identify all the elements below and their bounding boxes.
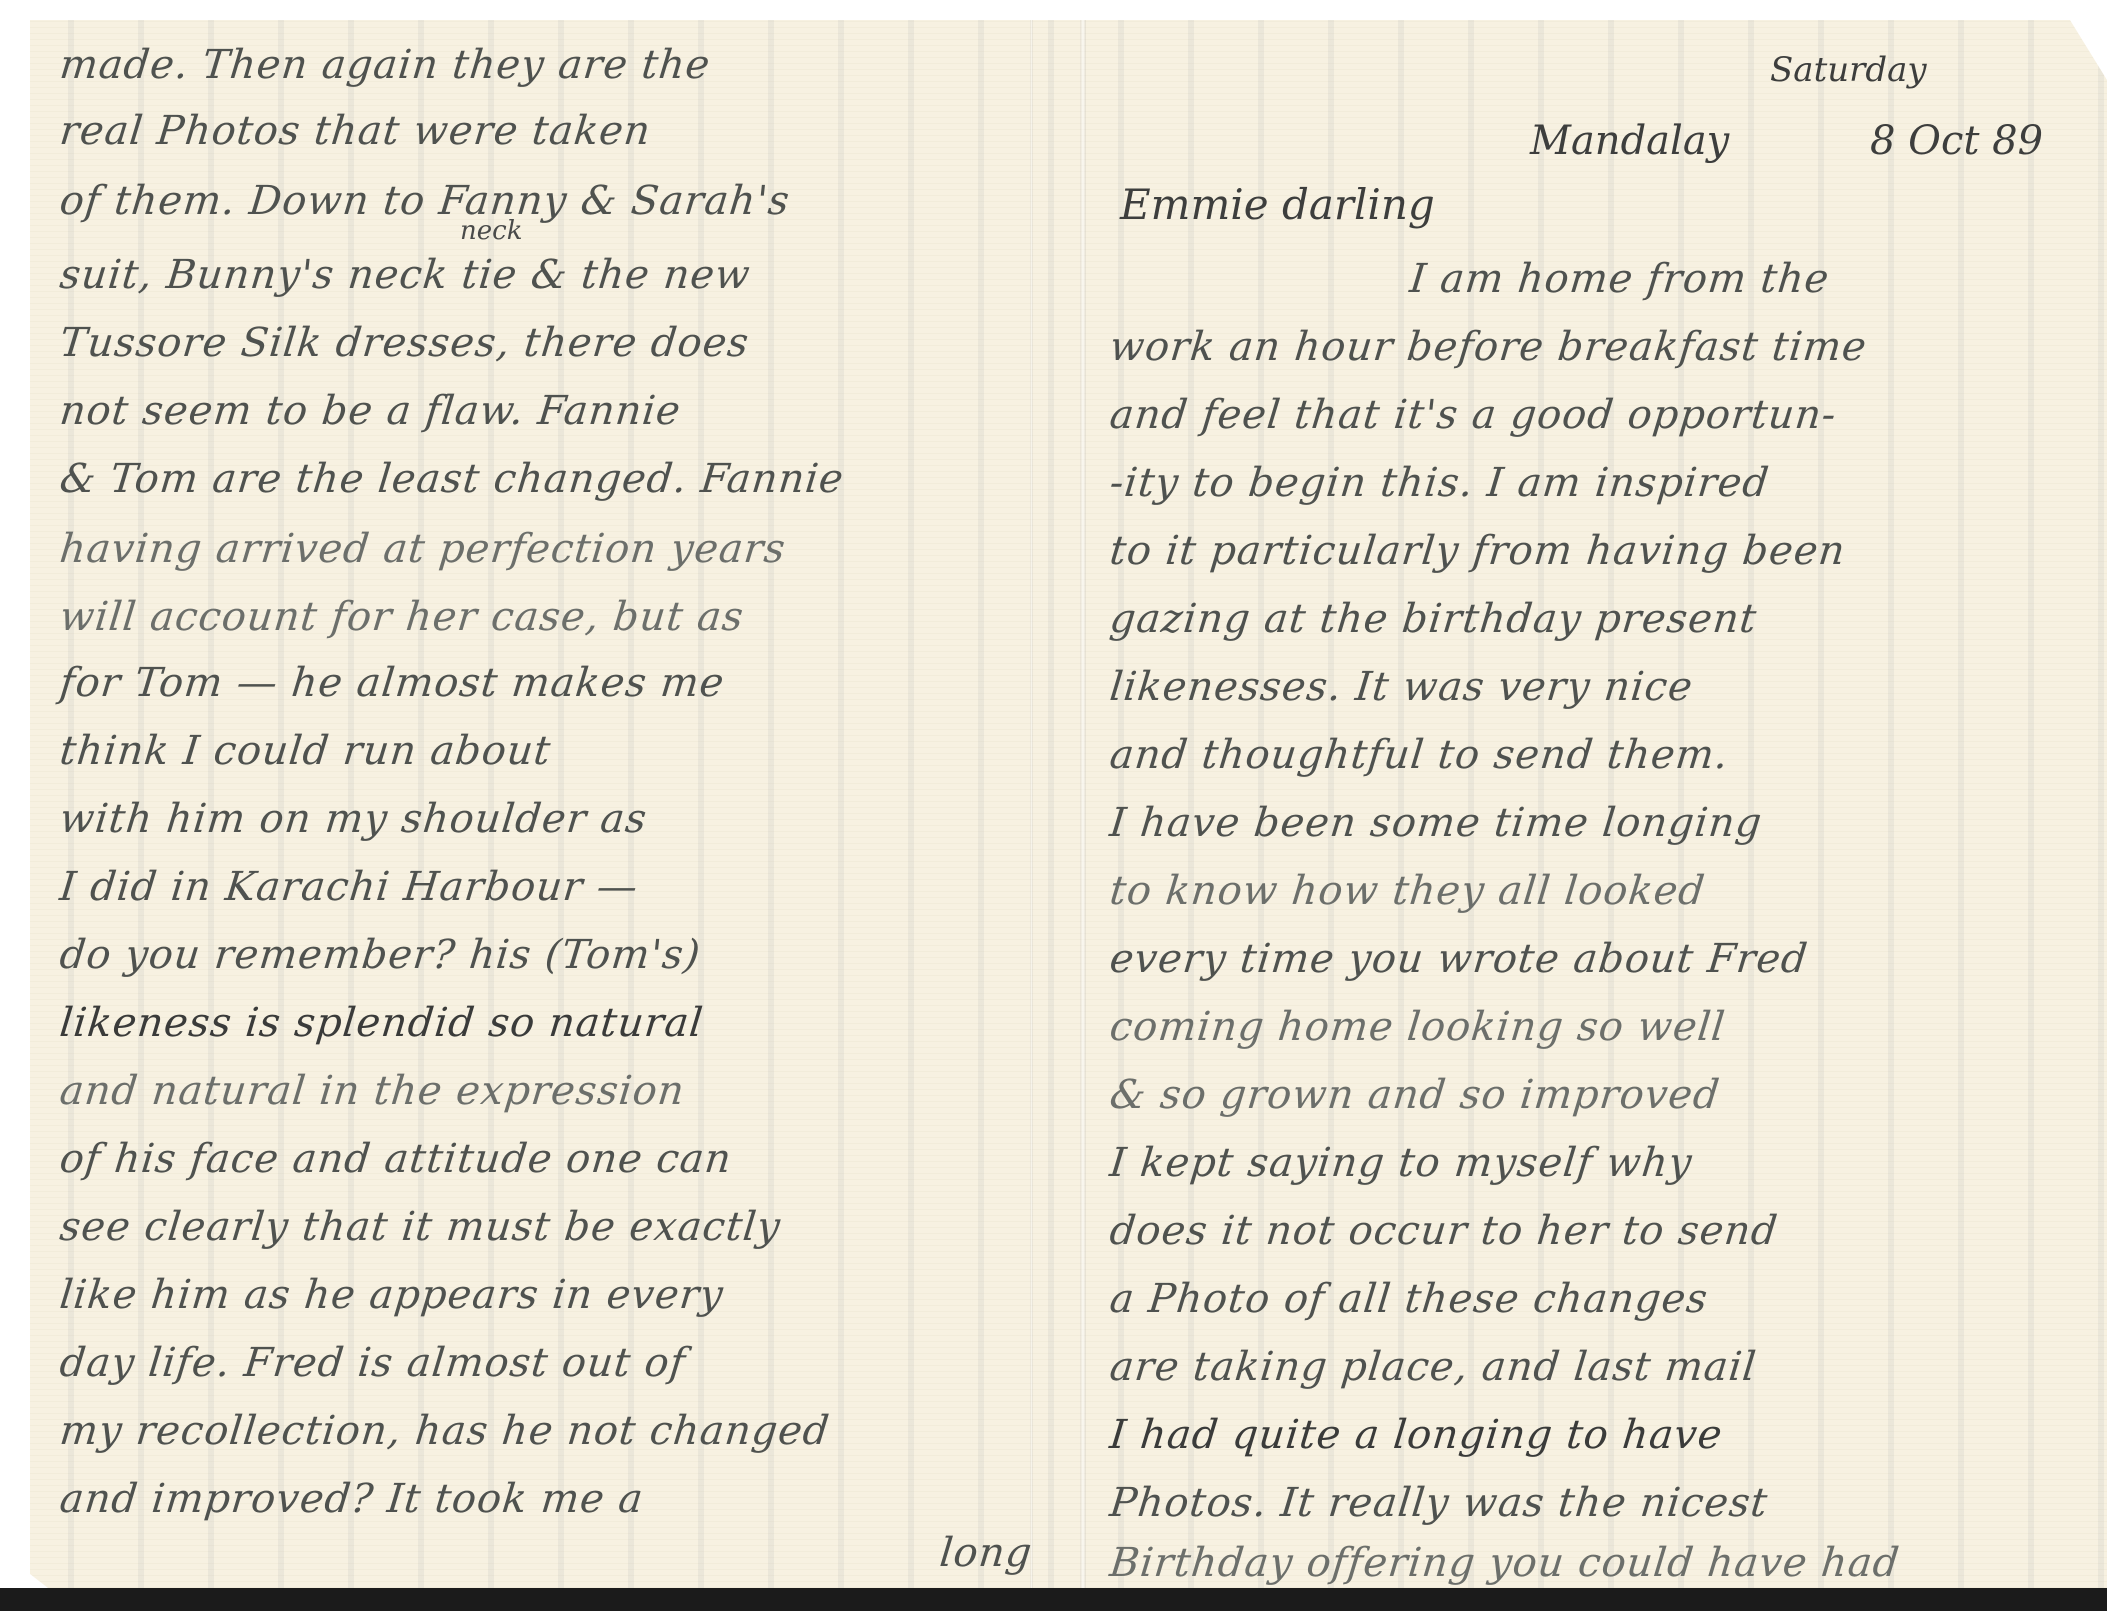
right-line-6: gazing at the birthday present	[1108, 596, 1760, 642]
left-line-15: likeness is splendid so natural	[58, 1000, 706, 1046]
right-line-19: Photos. It really was the nicest	[1108, 1480, 1771, 1526]
right-line-10: to know how they all looked	[1108, 868, 1708, 914]
right-line-15: does it not occur to her to send	[1108, 1208, 1781, 1254]
header-day-struck: Saturday	[1770, 50, 1927, 90]
left-line-16: and natural in the expression	[58, 1068, 688, 1114]
left-line-18: see clearly that it must be exactly	[58, 1204, 783, 1250]
scanner-bottom-edge	[0, 1588, 2107, 1611]
right-line-9: I have been some time longing	[1108, 800, 1765, 846]
header-place: Mandalay	[1530, 118, 1729, 164]
right-line-5: to it particularly from having been	[1108, 528, 1848, 574]
right-line-11: every time you wrote about Fred	[1108, 936, 1811, 982]
header-date: 8 Oct 89	[1870, 118, 2043, 164]
left-line-19: like him as he appears in every	[58, 1272, 726, 1318]
salutation: Emmie darling	[1120, 180, 1435, 229]
left-line-9: will account for her case, but as	[58, 594, 747, 640]
right-line-16: a Photo of all these changes	[1108, 1276, 1711, 1322]
left-page: made. Then again they are the real Photo…	[60, 20, 1100, 1588]
right-line-18: I had quite a longing to have	[1108, 1412, 1725, 1458]
right-line-12: coming home looking so well	[1108, 1004, 1728, 1050]
left-line-1: made. Then again they are the	[58, 42, 713, 88]
left-line-2: real Photos that were taken	[58, 108, 654, 154]
left-line-4: suit, Bunny's neck tie & the new	[58, 252, 753, 298]
left-line-12: with him on my shoulder as	[58, 796, 650, 842]
right-line-17: are taking place, and last mail	[1108, 1344, 1759, 1390]
right-line-2: work an hour before breakfast time	[1108, 324, 1870, 370]
left-line-14: do you remember? his (Tom's)	[58, 932, 703, 978]
left-line-6: not seem to be a flaw. Fannie	[58, 388, 684, 434]
left-insertion-neck: neck	[460, 216, 522, 246]
left-line-8: having arrived at perfection years	[58, 526, 789, 572]
left-line-23-catchword: long	[938, 1530, 1035, 1576]
left-line-7: & Tom are the least changed. Fannie	[58, 456, 847, 502]
left-line-22: and improved? It took me a	[58, 1476, 646, 1522]
left-line-11: think I could run about	[58, 728, 554, 774]
right-page: Saturday Mandalay 8 Oct 89 Emmie darling…	[1110, 20, 2100, 1588]
right-line-8: and thoughtful to send them.	[1108, 732, 1731, 778]
left-line-3: of them. Down to Fanny & Sarah's	[58, 178, 793, 224]
left-line-21: my recollection, has he not changed	[58, 1408, 832, 1454]
right-line-20: Birthday offering you could have had	[1108, 1540, 1902, 1586]
left-line-5: Tussore Silk dresses, there does	[58, 320, 752, 366]
right-line-7: likenesses. It was very nice	[1108, 664, 1696, 710]
right-line-3: and feel that it's a good opportun-	[1108, 392, 1839, 438]
right-line-1: I am home from the	[1408, 256, 1832, 302]
right-line-4: -ity to begin this. I am inspired	[1108, 460, 1772, 506]
right-line-14: I kept saying to myself why	[1108, 1140, 1695, 1186]
letter-sheet: made. Then again they are the real Photo…	[30, 20, 2107, 1588]
left-line-20: day life. Fred is almost out of	[58, 1340, 688, 1386]
left-line-17: of his face and attitude one can	[58, 1136, 734, 1182]
left-line-10: for Tom — he almost makes me	[58, 660, 727, 706]
left-line-13: I did in Karachi Harbour —	[58, 864, 641, 910]
right-line-13: & so grown and so improved	[1108, 1072, 1723, 1118]
